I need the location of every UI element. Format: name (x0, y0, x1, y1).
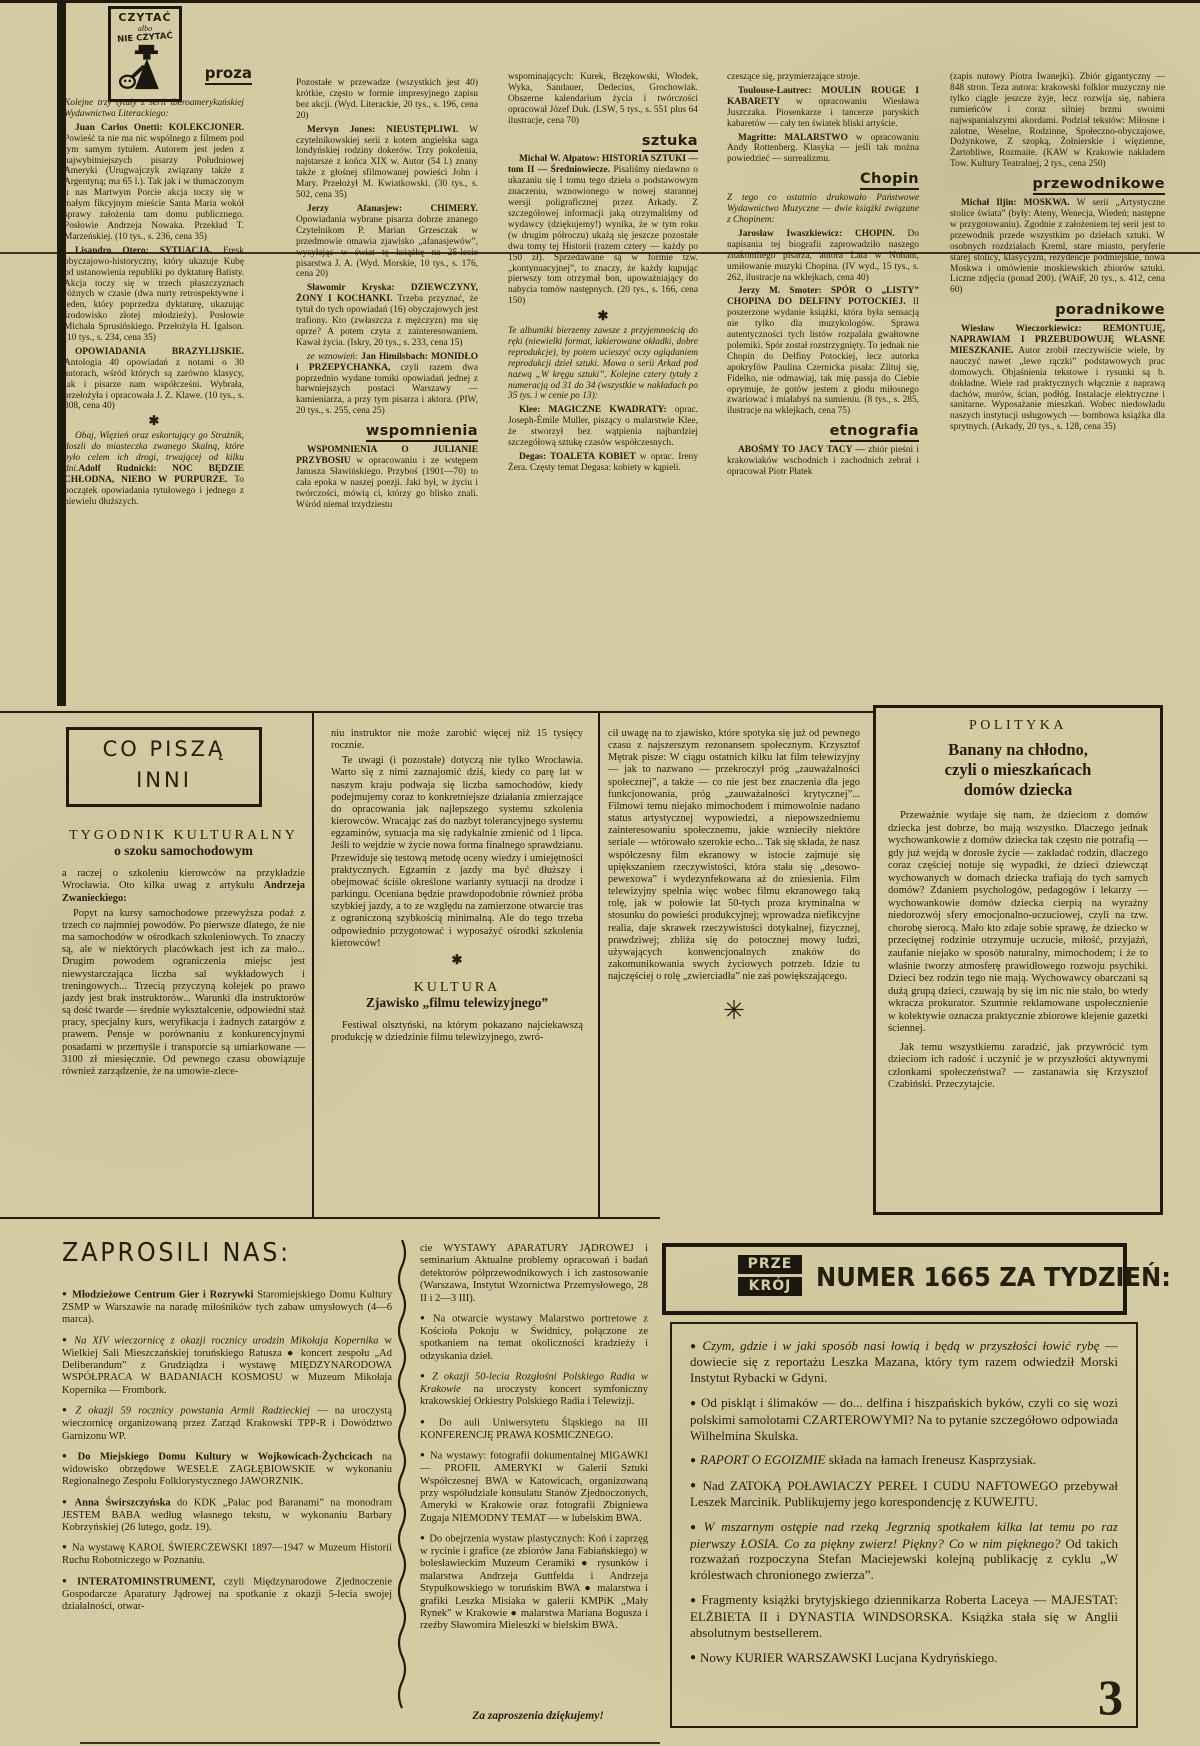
text-block: Te uwagi (i pozostałe) dotyczą nie tylko… (331, 755, 583, 950)
invitation-item: ●Z okazji 59 rocznicy powstania Armii Ra… (62, 1404, 392, 1443)
bullet-icon: ● (420, 1450, 426, 1459)
text-block: sztuka (508, 136, 698, 149)
newspaper-page: CZYTAĆ albo NIE CZYTAĆ proza Kolejne trz… (0, 0, 1200, 1746)
text-block: wspominających: Kurek, Brzękowski, Włode… (508, 72, 698, 127)
next-issue-content-box: ●Czym, gdzie i w jaki sposób nasi łowią … (670, 1322, 1138, 1728)
next-issue-item: ●W mszarnym ostępie nad rzeką Jegrznią s… (690, 1519, 1118, 1583)
next-issue-item: ●Od piskląt i ślimaków — do... delfina i… (690, 1395, 1118, 1443)
text-block: Z tego co ostatnio drukowało Państwowe W… (727, 193, 919, 226)
text-block: Jerzy M. Smoter: SPÓR O „LISTY” CHOPINA … (727, 286, 919, 417)
article-title-line: Banany na chłodno, (888, 740, 1148, 760)
text-block: wspomnienia (296, 426, 478, 439)
press-review-column-1: TYGODNIK KULTURALNYo szoku samochodowyma… (62, 814, 305, 1081)
bullet-icon: ● (690, 1522, 700, 1533)
text-block: Degas: TOALETA KOBIET w oprac. Ireny Żer… (508, 452, 698, 474)
text-block: Festiwal olsztyński, na którym pokazano … (331, 1020, 583, 1044)
text-block: ✱ (331, 954, 583, 966)
bullet-icon: ● (62, 1405, 71, 1414)
text-block: o szoku samochodowym (62, 845, 305, 857)
section-heading-proza: proza (186, 64, 252, 83)
reader-figure-icon (117, 43, 173, 91)
paragraph: Jak temu wszystkiemu zaradzić, jak przyw… (888, 1042, 1148, 1092)
text-block: niu instruktor nie może zarobić więcej n… (331, 728, 583, 752)
invitation-item: ●Do auli Uniwersytetu Śląskiego na III K… (420, 1416, 648, 1442)
review-column-2: Pozostałe w przewadze (wszystkich jest 4… (296, 78, 478, 514)
invitation-item: ●Na wystawę KAROL ŚWIERCZEWSKI 1897—1947… (62, 1541, 392, 1567)
middle-band-top-rule (0, 711, 873, 713)
invitations-column-1: ●Młodzieżowe Centrum Gier i Rozrywki Sta… (62, 1288, 392, 1620)
invitation-item: ●Anna Świrszczyńska do KDK „Pałac pod Ba… (62, 1496, 392, 1535)
review-column-4: czeszące się, przymierzające stroje.Toul… (727, 72, 919, 481)
text-block: Juan Carlos Onetti: KOLEKCJONER. Powieść… (64, 123, 244, 243)
bullet-icon: ● (420, 1313, 429, 1322)
text-block: Wiesław Wieczorkiewicz: REMONTUJĘ, NAPRA… (950, 324, 1165, 433)
invitation-item: ●Na otwarcie wystawy Malarstwo portretow… (420, 1312, 648, 1363)
box-title-line: INNI (69, 765, 259, 796)
invitation-item: ●Do obejrzenia wystaw plastycznych: Koń … (420, 1532, 648, 1633)
paragraph: Przeważnie wydaje się nam, że dzieciom z… (888, 810, 1148, 1036)
bullet-icon: ● (690, 1455, 696, 1466)
bullet-icon: ● (62, 1576, 73, 1585)
bullet-icon: ● (62, 1497, 71, 1506)
invitations-column-2: cie WYSTAWY APARATURY JĄDROWEJ i seminar… (420, 1243, 648, 1640)
next-issue-header-box: PRZE KRÓJ NUMER 1665 ZA TYDZIEŃ: (662, 1243, 1127, 1315)
text-block: Toulouse-Lautrec: MOULIN ROUGE I KABARET… (727, 86, 919, 130)
text-block: Sławomir Kryska: DZIEWCZYNY, ŻONY I KOCH… (296, 283, 478, 348)
next-issue-item: ●RAPORT O EGOIZMIE składa na łamach Iren… (690, 1452, 1118, 1468)
press-review-column-2: niu instruktor nie może zarobić więcej n… (331, 728, 583, 1048)
next-issue-item: ●Fragmenty książki brytyjskiego dziennik… (690, 1592, 1118, 1640)
next-issue-item: ●Nad ZATOKĄ POŁAWIACZY PEREŁ I CUDU NAFT… (690, 1478, 1118, 1510)
text-block: Obaj, Więzień oraz eskortujący go Strażn… (64, 431, 244, 507)
text-block: Chopin (727, 174, 919, 187)
invitation-item: ●Na wystawy: fotografii dokumentalnej MI… (420, 1449, 648, 1525)
text-block: Kolejne trzy tytuły z serii iberoameryka… (64, 98, 244, 120)
article-title-line: domów dziecka (888, 780, 1148, 800)
top-edge-line (0, 0, 1200, 3)
bullet-icon: ● (690, 1652, 696, 1663)
text-block: Michał W. Ałpatow: HISTORIA SZTUKI — tom… (508, 154, 698, 307)
text-block: Magritte: MALARSTWO w opracowaniu Andy R… (727, 133, 919, 166)
invitations-closing-note: Za zaproszenia dziękujemy! (424, 1710, 652, 1722)
co-pisza-inni-box: CO PISZĄ INNI (66, 727, 262, 807)
invitation-item: ●Na XIV wieczornicę z okazji rocznicy ur… (62, 1334, 392, 1398)
text-block: Michał Iljin: MOSKWA. W serii „Artystycz… (950, 198, 1165, 296)
bullet-icon: ● (690, 1480, 699, 1491)
bullet-icon: ● (420, 1371, 428, 1380)
bullet-icon: ● (62, 1451, 74, 1460)
article-kicker: POLITYKA (888, 718, 1148, 734)
text-block: ABOŚMY TO JACY TACY — zbiór pieśni i kra… (727, 445, 919, 478)
text-block: Klee: MAGICZNE KWADRATY: oprac. Joseph-É… (508, 405, 698, 449)
text-block: (zapis nutowy Piotra Iwanejki). Zbiór gi… (950, 72, 1165, 170)
review-column-3: wspominających: Kurek, Brzękowski, Włode… (508, 72, 698, 477)
logo-text: PRZE (738, 1255, 802, 1274)
review-column-1: Kolejne trzy tytuły z serii iberoameryka… (64, 98, 244, 511)
bullet-icon: ● (420, 1417, 435, 1426)
column-divider (312, 711, 314, 1219)
article-title: Banany na chłodno,czyli o mieszkańcachdo… (888, 740, 1148, 800)
text-block: Zjawisko „filmu telewizyjnego” (331, 997, 583, 1009)
text-block: Pozostałe w przewadze (wszystkich jest 4… (296, 78, 478, 122)
article-body: Przeważnie wydaje się nam, że dzieciom z… (888, 810, 1148, 1092)
polityka-box: POLITYKA Banany na chłodno,czyli o miesz… (873, 705, 1163, 1215)
text-block: Jarosław Iwaszkiewicz: CHOPIN. Do napisa… (727, 229, 919, 284)
text-block: czeszące się, przymierzające stroje. (727, 72, 919, 83)
logo-text: CZYTAĆ (111, 11, 179, 24)
bullet-icon: ● (62, 1289, 68, 1298)
text-block: ze wznowień: Jan Himilsbach: MONIDŁO i P… (296, 352, 478, 417)
text-block: ✱ (64, 416, 244, 427)
invitation-item: ●INTERATOMINSTRUMENT, czyli Międzynarodo… (62, 1575, 392, 1614)
next-issue-title: NUMER 1665 ZA TYDZIEŃ: (816, 1263, 1171, 1293)
text-block: ✳ (608, 1005, 860, 1017)
box-title-line: CO PISZĄ (69, 734, 259, 765)
masthead-logo: CZYTAĆ albo NIE CZYTAĆ (108, 6, 182, 102)
text-block: KULTURA (331, 982, 583, 994)
invitation-item: cie WYSTAWY APARATURY JĄDROWEJ i seminar… (420, 1243, 648, 1305)
text-block: TYGODNIK KULTURALNY (62, 830, 305, 842)
column-divider (598, 711, 600, 1219)
text-block: ✱ (508, 311, 698, 322)
text-block: cił uwagę na to zjawisko, które spotyka … (608, 728, 860, 983)
next-issue-item: ●Czym, gdzie i w jaki sposób nasi łowią … (690, 1338, 1118, 1386)
text-block: Lisandro Otero: SYTUACJA. Fresk obyczajo… (64, 246, 244, 344)
bullet-icon: ● (62, 1542, 68, 1551)
text-block: a raczej o szkoleniu kierowców na przykł… (62, 868, 305, 904)
next-issue-item: ●Nowy KURIER WARSZAWSKI Lucjana Kydryńsk… (690, 1650, 1118, 1666)
text-block: etnografia (727, 426, 919, 439)
przekroj-logo: PRZE KRÓJ (738, 1255, 802, 1296)
article-title-line: czyli o mieszkańcach (888, 760, 1148, 780)
bullet-icon: ● (62, 1335, 70, 1344)
text-block: Te albumiki bierzemy zawsze z przyjemnoś… (508, 326, 698, 402)
review-column-5: (zapis nutowy Piotra Iwanejki). Zbiór gi… (950, 72, 1165, 436)
text-block: przewodnikowe (950, 179, 1165, 192)
press-review-column-3: cił uwagę na to zjawisko, które spotyka … (608, 728, 860, 1017)
text-block: poradnikowe (950, 305, 1165, 318)
page-number: 3 (1098, 1668, 1123, 1726)
bottom-edge-line (80, 1742, 660, 1744)
bullet-icon: ● (420, 1533, 425, 1542)
text-block: OPOWIADANIA BRAZYLIJSKIE. Antologia 40 o… (64, 347, 244, 412)
logo-text: KRÓJ (738, 1277, 802, 1296)
text-block: Popyt na kursy samochodowe przewyższa po… (62, 908, 305, 1078)
invitation-item: ●Do Miejskiego Domu Kultury w Wojkowicac… (62, 1450, 392, 1489)
middle-band-bottom-rule (0, 1217, 660, 1219)
invitation-item: ●Młodzieżowe Centrum Gier i Rozrywki Sta… (62, 1288, 392, 1327)
zaprosili-nas-title: ZAPROSILI NAS: (62, 1238, 291, 1268)
bullet-icon: ● (690, 1595, 698, 1606)
bullet-icon: ● (690, 1398, 697, 1409)
bullet-icon: ● (690, 1341, 698, 1352)
invitation-item: ●Z okazji 50-lecia Rozgłośni Polskiego R… (420, 1370, 648, 1409)
text-block: Mervyn Jones: NIEUSTĘPLIWI. W czytelniko… (296, 125, 478, 201)
wavy-divider (396, 1240, 408, 1710)
text-block: WSPOMNIENIA O JULIANIE PRZYBOSIU w oprac… (296, 445, 478, 510)
text-block: Jerzy Afanasjew: CHIMERY. Opowiadania wy… (296, 204, 478, 280)
